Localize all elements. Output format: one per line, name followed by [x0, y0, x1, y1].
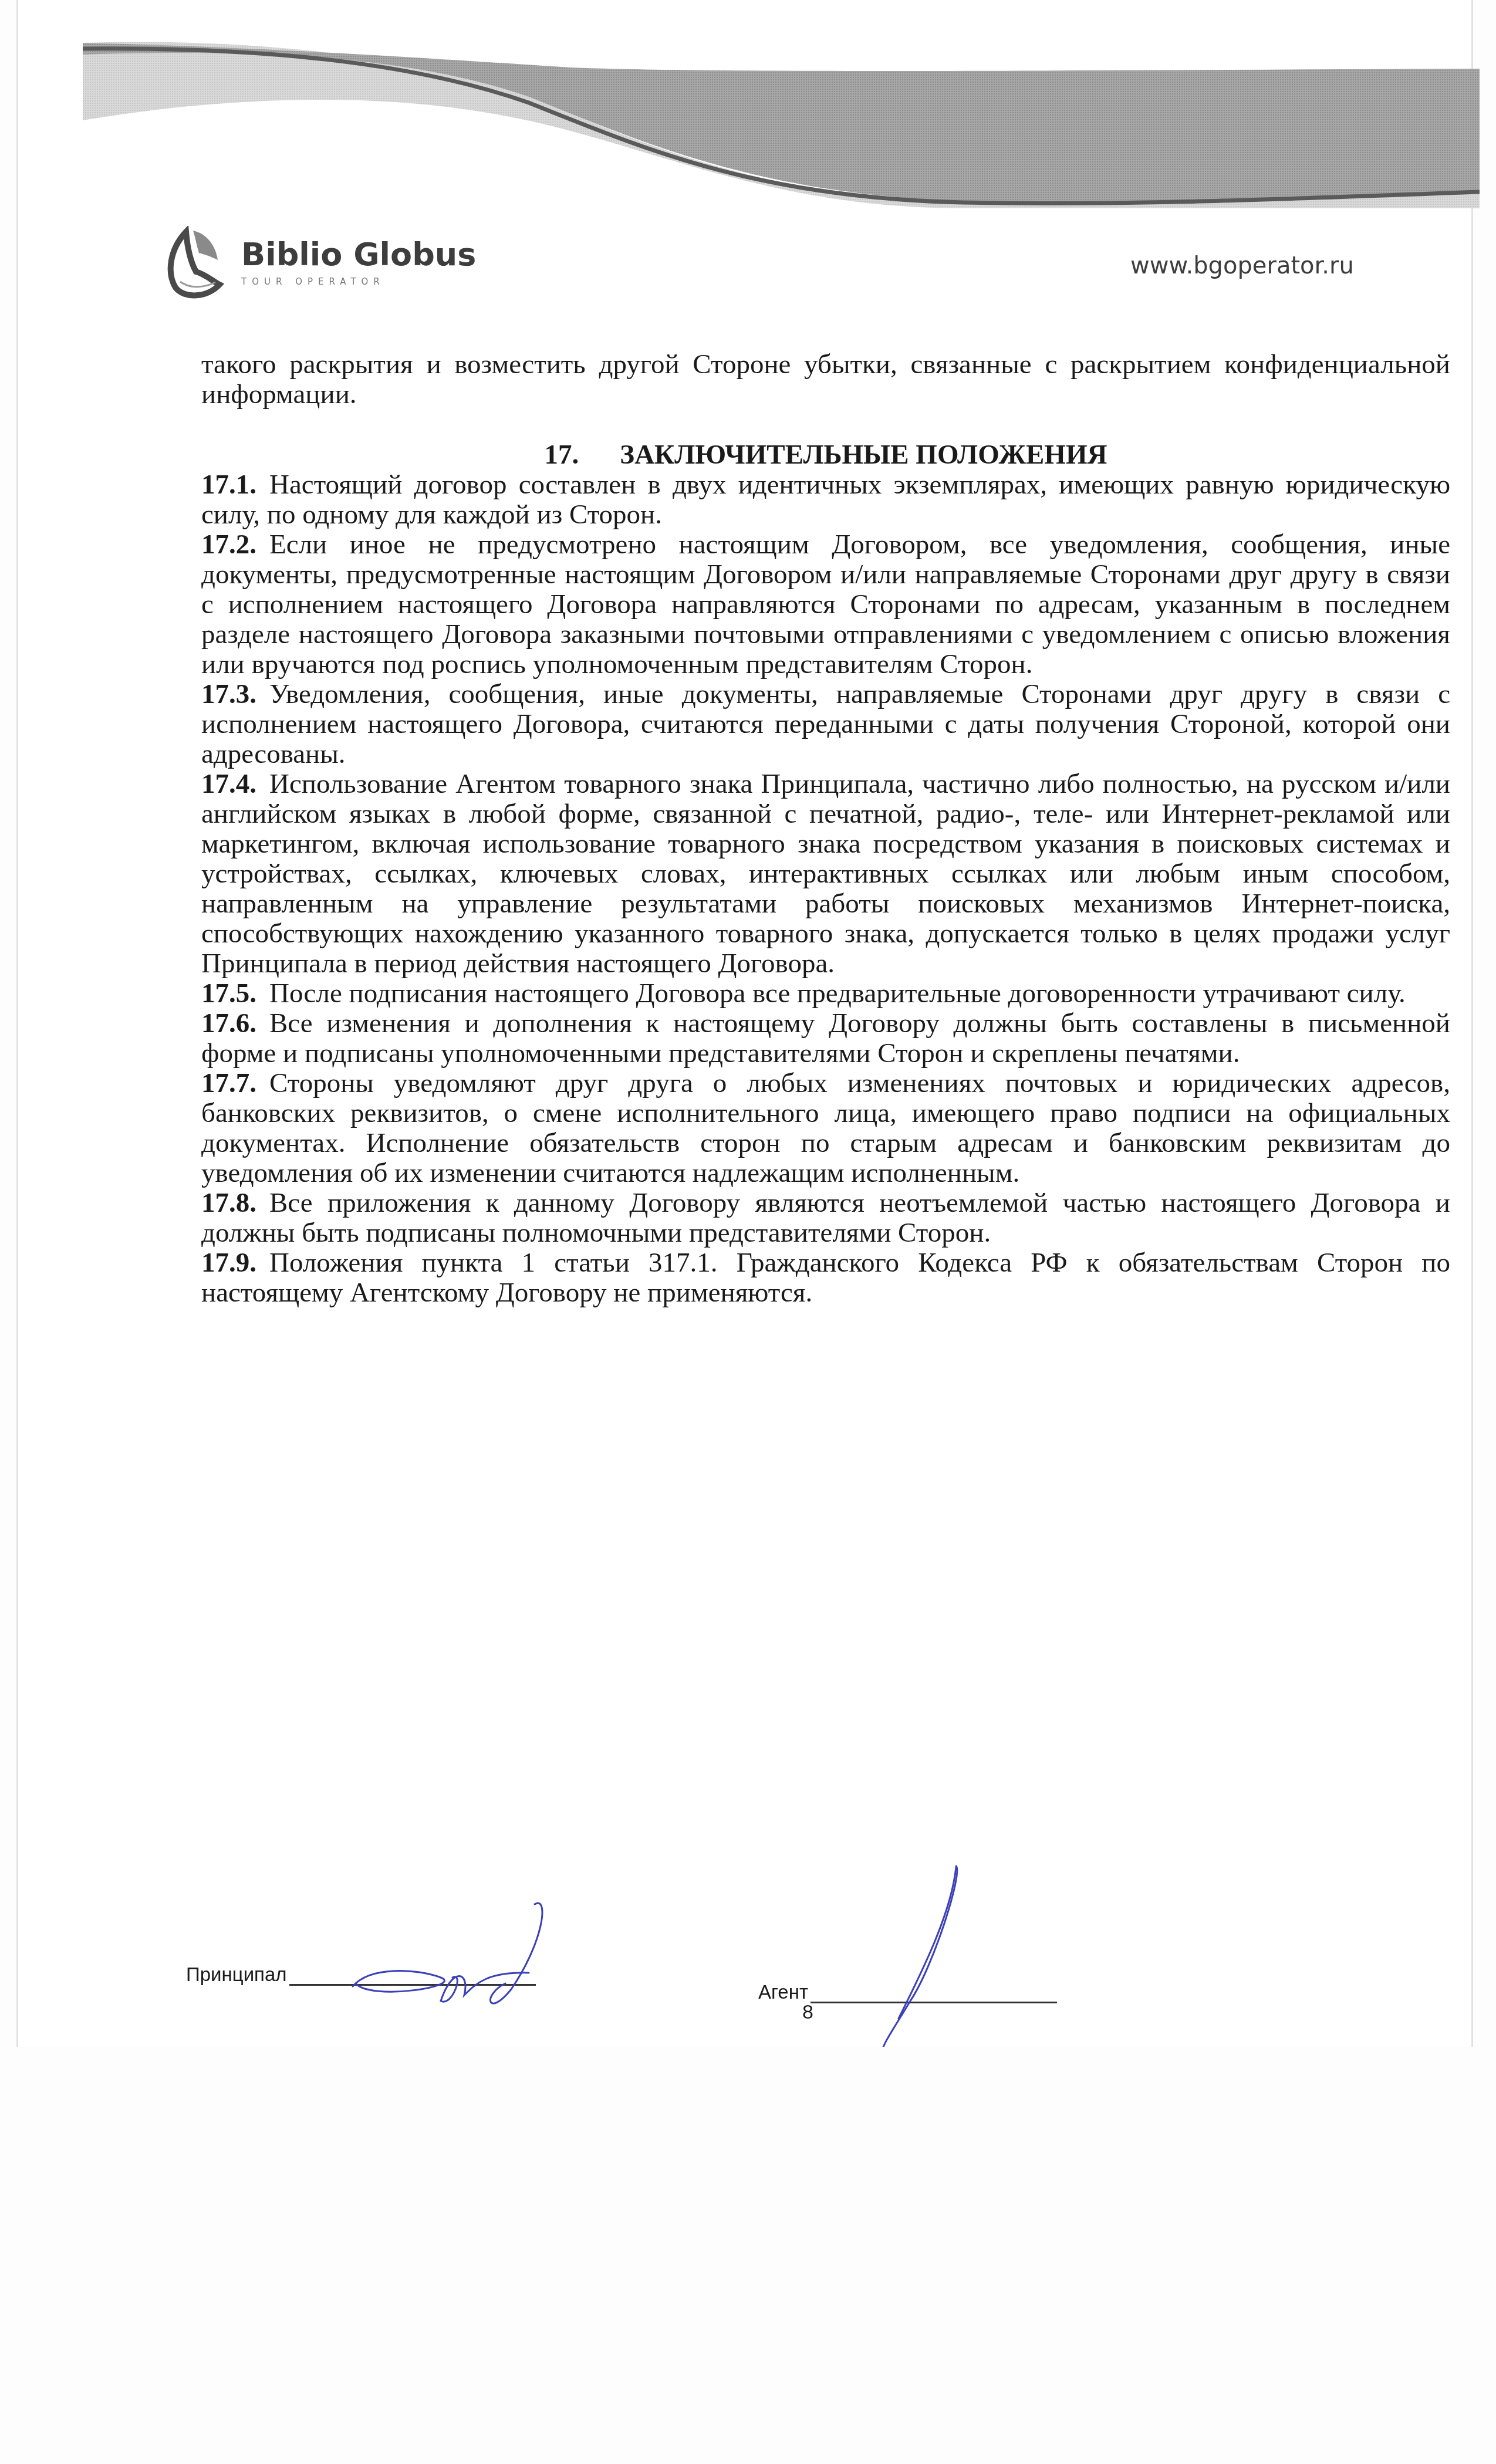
- clause-number: 17.6.: [201, 1008, 256, 1039]
- logo-subtitle: TOUR OPERATOR: [241, 276, 476, 287]
- clause-text: Если иное не предусмотрено настоящим Дог…: [201, 529, 1450, 680]
- clause-text: Стороны уведомляют друг друга о любых из…: [201, 1068, 1450, 1188]
- agent-signature-icon: [881, 1866, 957, 2047]
- clause-text: Все приложения к данному Договору являют…: [201, 1188, 1450, 1248]
- signature-section: Принципал Агент: [186, 1963, 1360, 2010]
- clause-number: 17.2.: [201, 529, 256, 560]
- clause-17-6: 17.6.Все изменения и дополнения к настоя…: [201, 1009, 1450, 1069]
- clause-number: 17.8.: [201, 1188, 256, 1218]
- document-page: Biblio Globus TOUR OPERATOR www.bgoperat…: [16, 0, 1473, 2047]
- clause-17-9: 17.9.Положения пункта 1 статьи 317.1. Гр…: [201, 1248, 1450, 1308]
- clause-text: Использование Агентом товарного знака Пр…: [201, 769, 1450, 979]
- agent-signature-field: Агент: [758, 1980, 1057, 2003]
- clause-text: После подписания настоящего Договора все…: [269, 978, 1406, 1009]
- principal-signature-field: Принципал: [186, 1963, 536, 1986]
- section-number: 17.: [545, 440, 579, 470]
- principal-label: Принципал: [186, 1963, 287, 1986]
- clause-17-3: 17.3.Уведомления, сообщения, иные докуме…: [201, 680, 1450, 769]
- page-number: 8: [802, 2001, 813, 2024]
- clause-17-2: 17.2.Если иное не предусмотрено настоящи…: [201, 530, 1450, 680]
- clause-number: 17.1.: [201, 469, 256, 500]
- clause-number: 17.3.: [201, 679, 256, 709]
- clause-number: 17.5.: [201, 978, 256, 1009]
- clause-text: Уведомления, сообщения, иные документы, …: [201, 679, 1450, 769]
- clause-17-7: 17.7.Стороны уведомляют друг друга о люб…: [201, 1069, 1450, 1188]
- agent-signature-line: [811, 1980, 1057, 2003]
- clause-number: 17.7.: [201, 1068, 256, 1099]
- website-url[interactable]: www.bgoperator.ru: [1130, 252, 1354, 279]
- clause-17-4: 17.4.Использование Агентом товарного зна…: [201, 769, 1450, 979]
- section-heading: 17.ЗАКЛЮЧИТЕЛЬНЫЕ ПОЛОЖЕНИЯ: [201, 440, 1450, 470]
- clause-text: Положения пункта 1 статьи 317.1. Граждан…: [201, 1248, 1450, 1308]
- clause-text: Все изменения и дополнения к настоящему …: [201, 1008, 1450, 1069]
- principal-signature-line: [289, 1963, 536, 1986]
- clause-17-1: 17.1.Настоящий договор составлен в двух …: [201, 470, 1450, 530]
- agent-label: Агент: [758, 1981, 808, 2003]
- biblio-globus-logo-icon: [164, 226, 228, 299]
- clause-17-5: 17.5.После подписания настоящего Договор…: [201, 979, 1450, 1009]
- header-wave-graphic: [83, 32, 1480, 208]
- intro-paragraph: такого раскрытия и возместить другой Сто…: [201, 350, 1450, 410]
- document-body: такого раскрытия и возместить другой Сто…: [201, 350, 1450, 1308]
- clause-17-8: 17.8.Все приложения к данному Договору я…: [201, 1188, 1450, 1248]
- logo-name: Biblio Globus: [241, 239, 476, 271]
- clause-text: Настоящий договор составлен в двух идент…: [201, 469, 1450, 530]
- brand-logo: Biblio Globus TOUR OPERATOR: [164, 226, 476, 299]
- clause-number: 17.9.: [201, 1248, 256, 1278]
- section-title: ЗАКЛЮЧИТЕЛЬНЫЕ ПОЛОЖЕНИЯ: [620, 440, 1107, 470]
- clause-number: 17.4.: [201, 769, 256, 799]
